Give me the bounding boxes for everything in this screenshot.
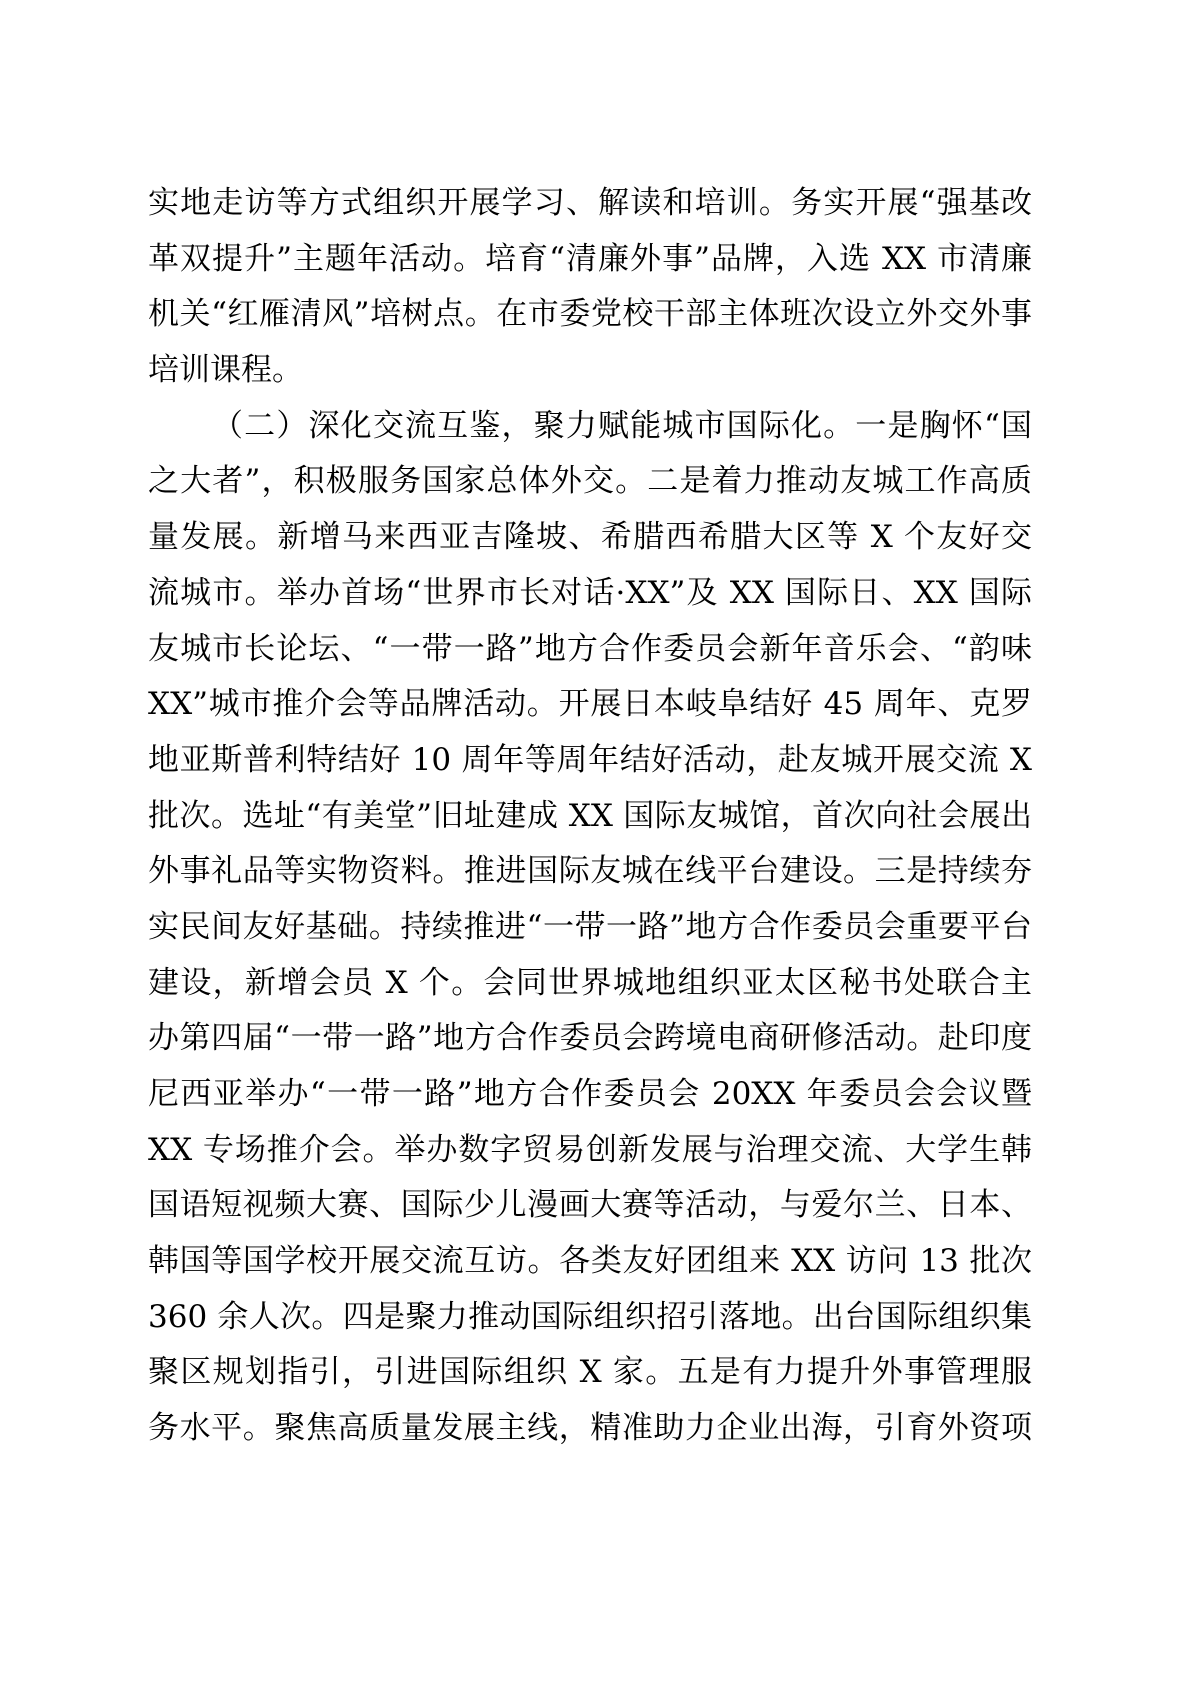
text-line: 360 余人次。四是聚力推动国际组织招引落地。出台国际组织集 xyxy=(148,1290,1032,1346)
document-body-text: 实地走访等方式组织开展学习、解读和培训。务实开展“强基改 革双提升”主题年活动。… xyxy=(148,176,1032,1457)
text-line: 机关“红雁清风”培树点。在市委党校干部主体班次设立外交外事 xyxy=(148,287,1032,343)
text-line: 韩国等国学校开展交流互访。各类友好团组来 XX 访问 13 批次 xyxy=(148,1234,1032,1290)
text-line: 办第四届“一带一路”地方合作委员会跨境电商研修活动。赴印度 xyxy=(148,1011,1032,1067)
text-line: 实民间友好基础。持续推进“一带一路”地方合作委员会重要平台 xyxy=(148,900,1032,956)
text-line: 实地走访等方式组织开展学习、解读和培训。务实开展“强基改 xyxy=(148,176,1032,232)
text-line: XX”城市推介会等品牌活动。开展日本岐阜结好 45 周年、克罗 xyxy=(148,677,1032,733)
text-line: 批次。选址“有美堂”旧址建成 XX 国际友城馆，首次向社会展出 xyxy=(148,789,1032,845)
text-line-paragraph-start: （二）深化交流互鉴，聚力赋能城市国际化。一是胸怀“国 xyxy=(148,399,1032,455)
text-line: 地亚斯普利特结好 10 周年等周年结好活动，赴友城开展交流 X xyxy=(148,733,1032,789)
text-line: XX 专场推介会。举办数字贸易创新发展与治理交流、大学生韩 xyxy=(148,1123,1032,1179)
text-line: 友城市长论坛、“一带一路”地方合作委员会新年音乐会、“韵味 xyxy=(148,622,1032,678)
text-line: 量发展。新增马来西亚吉隆坡、希腊西希腊大区等 X 个友好交 xyxy=(148,510,1032,566)
text-line: 务水平。聚焦高质量发展主线，精准助力企业出海，引育外资项 xyxy=(148,1401,1032,1457)
text-line: 外事礼品等实物资料。推进国际友城在线平台建设。三是持续夯 xyxy=(148,844,1032,900)
text-line: 国语短视频大赛、国际少儿漫画大赛等活动，与爱尔兰、日本、 xyxy=(148,1178,1032,1234)
text-line: 建设，新增会员 X 个。会同世界城地组织亚太区秘书处联合主 xyxy=(148,956,1032,1012)
text-line: 聚区规划指引，引进国际组织 X 家。五是有力提升外事管理服 xyxy=(148,1345,1032,1401)
text-line: 之大者”，积极服务国家总体外交。二是着力推动友城工作高质 xyxy=(148,454,1032,510)
document-page: 实地走访等方式组织开展学习、解读和培训。务实开展“强基改 革双提升”主题年活动。… xyxy=(0,0,1190,1683)
text-line: 革双提升”主题年活动。培育“清廉外事”品牌，入选 XX 市清廉 xyxy=(148,232,1032,288)
text-line: 培训课程。 xyxy=(148,343,1032,399)
text-line: 尼西亚举办“一带一路”地方合作委员会 20XX 年委员会会议暨 xyxy=(148,1067,1032,1123)
text-line: 流城市。举办首场“世界市长对话·XX”及 XX 国际日、XX 国际 xyxy=(148,566,1032,622)
